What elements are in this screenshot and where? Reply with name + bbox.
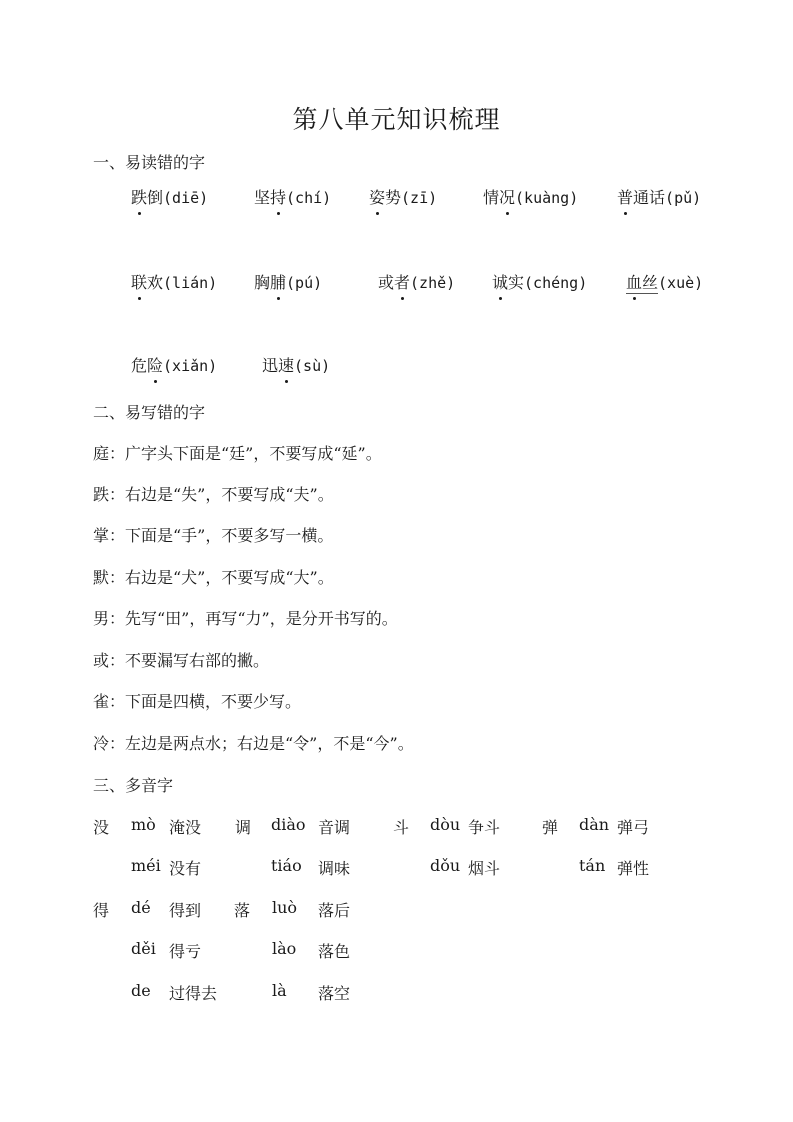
poly-word: 得到 <box>169 898 201 921</box>
misread-word: 姿势(zī) <box>369 185 437 208</box>
misread-word: 或者(zhě) <box>378 270 455 293</box>
misread-word: 跌倒(diē) <box>131 185 208 208</box>
pinyin: (lián) <box>163 274 217 292</box>
poly-word: 音调 <box>318 815 350 838</box>
poly-pinyin: mò <box>131 815 156 834</box>
poly-pinyin: dàn <box>579 815 609 834</box>
poly-word: 争斗 <box>468 815 500 838</box>
poly-char: 弹 <box>542 815 558 838</box>
emphasized-char: 速 <box>278 353 294 376</box>
word-char: 迅 <box>262 353 278 376</box>
poly-pinyin: děi <box>131 939 156 958</box>
emphasized-char: 血 <box>626 270 642 294</box>
pinyin: (zhě) <box>410 274 455 292</box>
misread-word: 坚持(chí) <box>254 185 331 208</box>
emphasized-char: 联 <box>131 270 147 293</box>
misread-word: 诚实(chéng) <box>492 270 587 293</box>
poly-pinyin: diào <box>271 815 306 834</box>
miswritten-item: 或：不要漏写右部的撇。 <box>93 648 269 671</box>
misread-word: 血丝(xuè) <box>626 270 703 294</box>
pinyin: (kuàng) <box>515 189 578 207</box>
emphasized-char: 诚 <box>492 270 508 293</box>
poly-char: 落 <box>234 898 250 921</box>
misread-word: 情况(kuàng) <box>483 185 578 208</box>
misread-word: 迅速(sù) <box>262 353 330 376</box>
poly-pinyin: dé <box>131 898 151 917</box>
pinyin: (pú) <box>286 274 322 292</box>
misread-word: 联欢(lián) <box>131 270 217 293</box>
misread-word: 普通话(pǔ) <box>617 185 701 208</box>
miswritten-item: 跌：右边是“失”，不要写成“夫”。 <box>93 482 334 505</box>
word-char: 或 <box>378 270 394 293</box>
word-char: 倒 <box>147 185 163 208</box>
word-char: 危 <box>131 353 147 376</box>
poly-pinyin: tiáo <box>271 856 302 875</box>
miswritten-item: 男：先写“田”，再写“力”，是分开书写的。 <box>93 606 398 629</box>
miswritten-item: 雀：下面是四横，不要少写。 <box>93 689 301 712</box>
poly-pinyin: lào <box>272 939 296 958</box>
poly-word: 弹性 <box>617 856 649 879</box>
emphasized-char: 险 <box>147 353 163 376</box>
misread-word: 胸脯(pú) <box>254 270 322 293</box>
poly-word: 调味 <box>318 856 350 879</box>
emphasized-char: 跌 <box>131 185 147 208</box>
pinyin: (xuè) <box>658 274 703 292</box>
section-heading-miswritten: 二、易写错的字 <box>93 400 205 423</box>
section-heading-misread: 一、易读错的字 <box>93 150 205 173</box>
emphasized-char: 者 <box>394 270 410 293</box>
page-title: 第八单元知识梳理 <box>0 100 793 136</box>
word-char: 坚 <box>254 185 270 208</box>
poly-pinyin: là <box>272 981 287 1000</box>
emphasized-char: 持 <box>270 185 286 208</box>
poly-word: 淹没 <box>169 815 201 838</box>
emphasized-char: 普 <box>617 185 633 208</box>
emphasized-char: 脯 <box>270 270 286 293</box>
word-char: 通 <box>633 185 649 208</box>
pinyin: (sù) <box>294 357 330 375</box>
section-heading-polyphonic: 三、多音字 <box>93 773 173 796</box>
poly-pinyin: tán <box>579 856 605 875</box>
pinyin: (chí) <box>286 189 331 207</box>
misread-word: 危险(xiǎn) <box>131 353 217 376</box>
poly-word: 没有 <box>169 856 201 879</box>
poly-char: 调 <box>235 815 251 838</box>
poly-word: 过得去 <box>169 981 217 1004</box>
poly-word: 落色 <box>318 939 350 962</box>
poly-pinyin: dǒu <box>430 856 460 875</box>
poly-word: 烟斗 <box>468 856 500 879</box>
pinyin: (pǔ) <box>665 189 701 207</box>
poly-char: 斗 <box>393 815 409 838</box>
miswritten-item: 掌：下面是“手”，不要多写一横。 <box>93 523 333 546</box>
pinyin: (chéng) <box>524 274 587 292</box>
word-char: 话 <box>649 185 665 208</box>
poly-pinyin: de <box>131 981 151 1000</box>
poly-char: 得 <box>93 898 109 921</box>
pinyin: (zī) <box>401 189 437 207</box>
word-char: 势 <box>385 185 401 208</box>
poly-word: 得亏 <box>169 939 201 962</box>
word-char: 实 <box>508 270 524 293</box>
miswritten-item: 冷：左边是两点水；右边是“令”，不是“今”。 <box>93 731 414 754</box>
emphasized-char: 姿 <box>369 185 385 208</box>
poly-word: 弹弓 <box>617 815 649 838</box>
word-char: 丝 <box>642 270 658 294</box>
poly-pinyin: méi <box>131 856 161 875</box>
word-char: 胸 <box>254 270 270 293</box>
word-char: 情 <box>483 185 499 208</box>
word-char: 欢 <box>147 270 163 293</box>
miswritten-item: 默：右边是“犬”，不要写成“大”。 <box>93 565 334 588</box>
emphasized-char: 况 <box>499 185 515 208</box>
miswritten-item: 庭：广字头下面是“廷”，不要写成“延”。 <box>93 441 382 464</box>
poly-pinyin: luò <box>272 898 297 917</box>
poly-pinyin: dòu <box>430 815 460 834</box>
poly-word: 落后 <box>318 898 350 921</box>
pinyin: (diē) <box>163 189 208 207</box>
pinyin: (xiǎn) <box>163 357 217 375</box>
poly-char: 没 <box>93 815 109 838</box>
poly-word: 落空 <box>318 981 350 1004</box>
